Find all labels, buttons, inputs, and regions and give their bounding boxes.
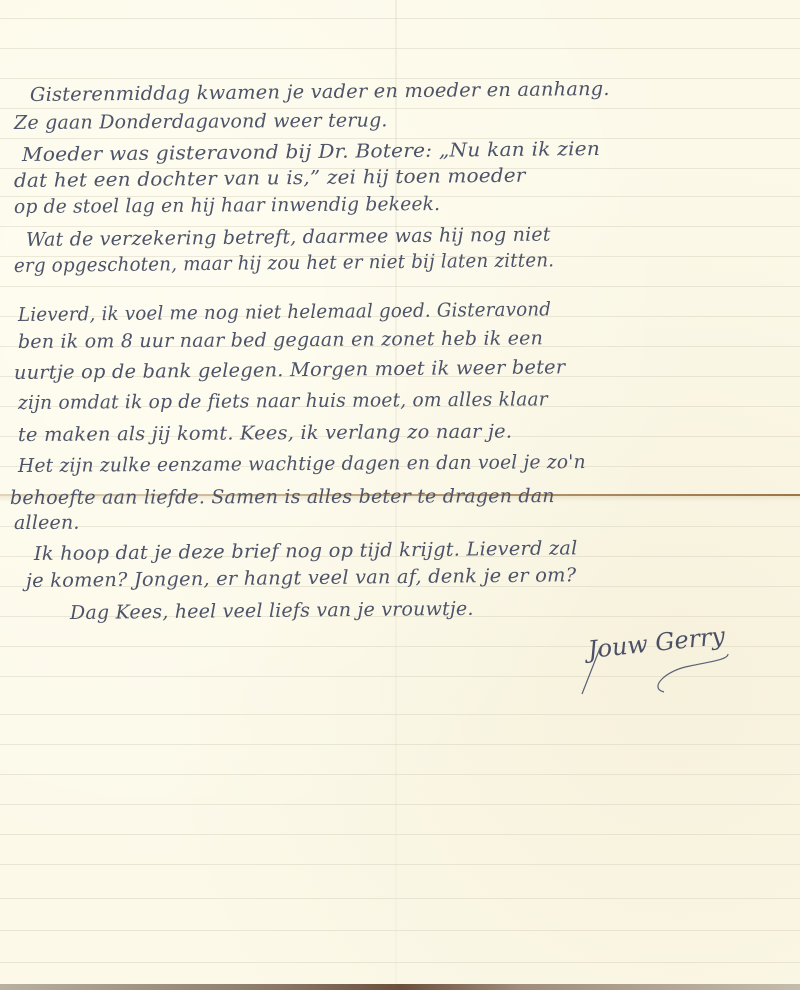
ruled-line bbox=[0, 930, 800, 931]
ruled-line bbox=[0, 804, 800, 805]
letter-line: Moeder was gisteravond bij Dr. Botere: „… bbox=[22, 140, 600, 165]
ruled-line bbox=[0, 962, 800, 963]
letter-line: op de stoel lag en hij haar inwendig bek… bbox=[14, 195, 440, 217]
ruled-line bbox=[0, 138, 800, 139]
letter-line: Ik hoop dat je deze brief nog op tijd kr… bbox=[34, 539, 578, 564]
paper-bottom-edge bbox=[0, 984, 800, 990]
letter-line: Ze gaan Donderdagavond weer terug. bbox=[14, 111, 388, 133]
letter-line: Gisterenmiddag kwamen je vader en moeder… bbox=[30, 80, 610, 105]
letter-line: behoefte aan liefde. Samen is alles bete… bbox=[10, 487, 555, 508]
letter-line: Het zijn zulke eenzame wachtige dagen en… bbox=[18, 453, 586, 476]
letter-page: Gisterenmiddag kwamen je vader en moeder… bbox=[0, 0, 800, 984]
letter-line: Lieverd, ik voel me nog niet helemaal go… bbox=[18, 300, 551, 325]
letter-line: je komen? Jongen, er hangt veel van af, … bbox=[26, 566, 576, 591]
ruled-line bbox=[0, 108, 800, 109]
letter-line: erg opgeschoten, maar hij zou het er nie… bbox=[14, 251, 554, 276]
ruled-line bbox=[0, 526, 800, 527]
letter-line: dat het een dochter van u is,” zei hij t… bbox=[14, 167, 526, 191]
letter-line: Wat de verzekering betreft, daarmee was … bbox=[26, 226, 551, 250]
letter-line: ben ik om 8 uur naar bed gegaan en zonet… bbox=[18, 329, 543, 352]
letter-line: Dag Kees, heel veel liefs van je vrouwtj… bbox=[70, 600, 474, 623]
ruled-line bbox=[0, 898, 800, 899]
ruled-line bbox=[0, 286, 800, 287]
ruled-line bbox=[0, 18, 800, 19]
ruled-line bbox=[0, 78, 800, 79]
ruled-line bbox=[0, 864, 800, 865]
ruled-line bbox=[0, 774, 800, 775]
letter-line: zijn omdat ik op de fiets naar huis moet… bbox=[18, 390, 548, 413]
letter-line: te maken als jij komt. Kees, ik verlang … bbox=[18, 423, 512, 445]
letter-line: uurtje op de bank gelegen. Morgen moet i… bbox=[14, 358, 565, 383]
ruled-line bbox=[0, 48, 800, 49]
ruled-line bbox=[0, 714, 800, 715]
letter-line: alleen. bbox=[14, 514, 80, 533]
signature-flourish bbox=[578, 640, 738, 700]
ruled-line bbox=[0, 834, 800, 835]
ruled-line bbox=[0, 744, 800, 745]
